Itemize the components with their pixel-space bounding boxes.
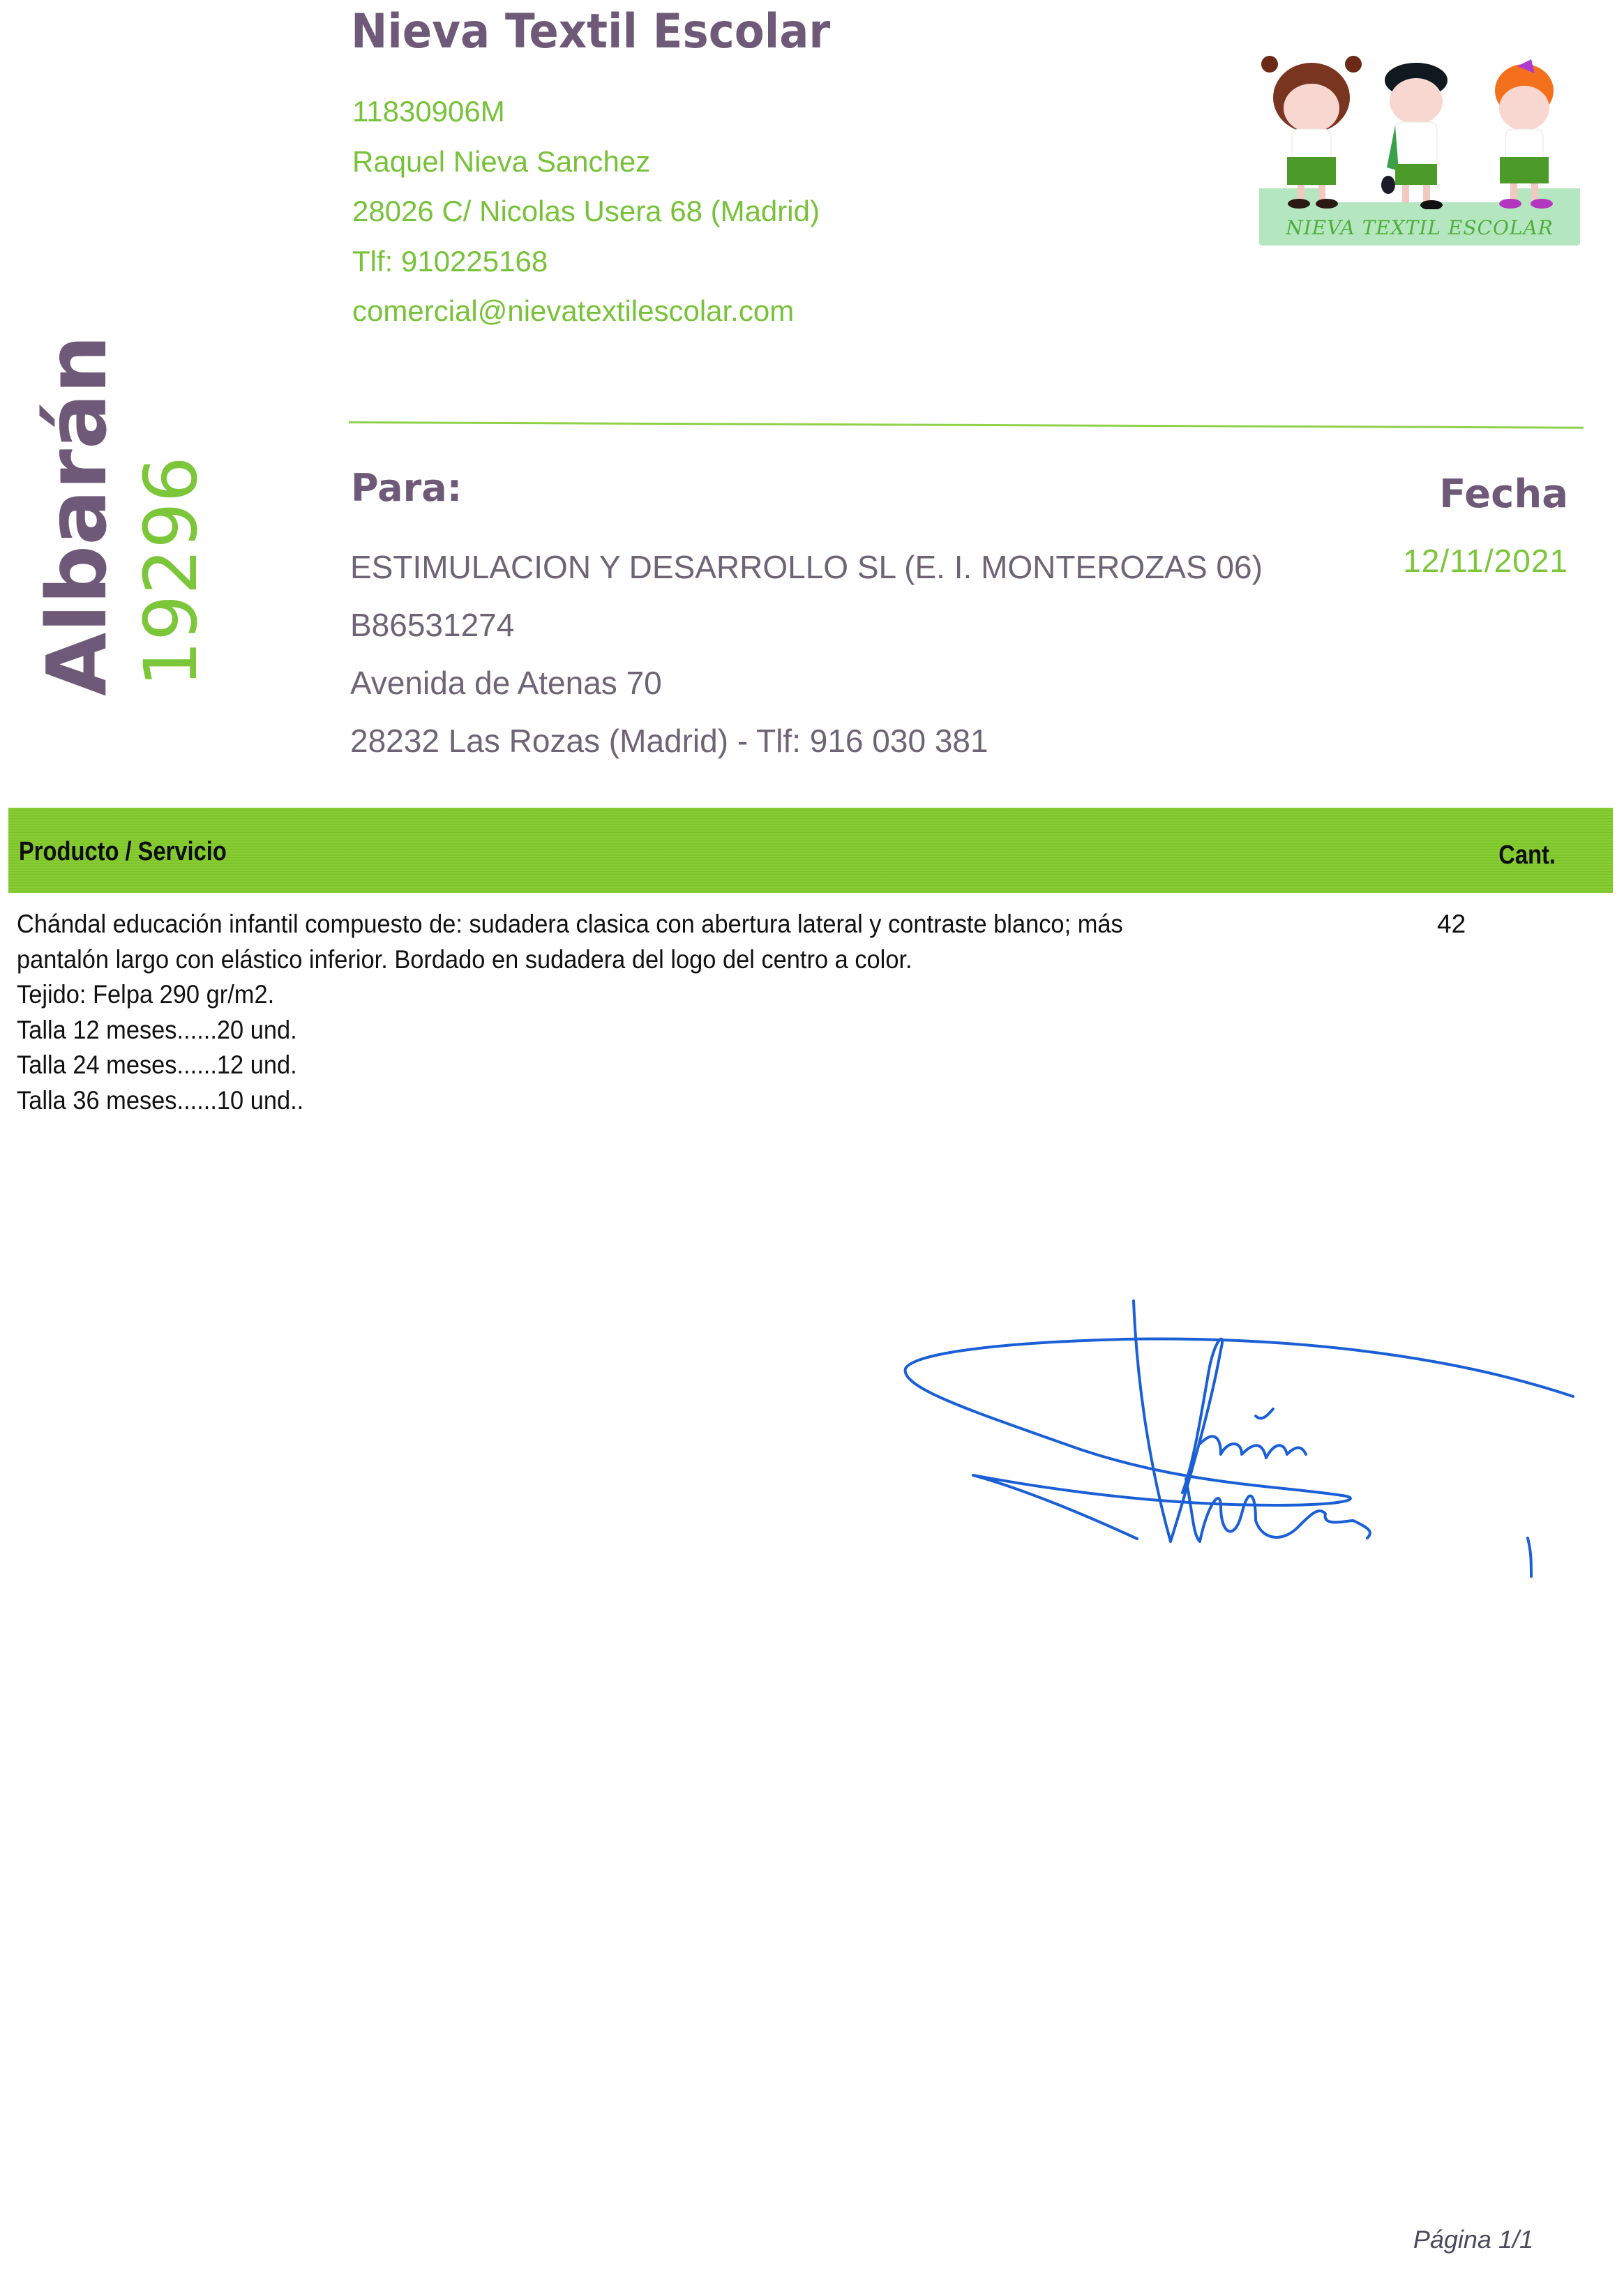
company-owner: Raquel Nieva Sanchez <box>352 137 820 187</box>
description-line: Tejido: Felpa 290 gr/m2. <box>17 977 1288 1013</box>
table-header: Producto / Servicio Cant. <box>8 808 1613 893</box>
table-row-description: Chándal educación infantil compuesto de:… <box>17 907 1384 1118</box>
description-line: Talla 24 meses......12 und. <box>17 1048 1288 1083</box>
column-header-quantity: Cant. <box>1498 841 1556 871</box>
recipient-address: Avenida de Atenas 70 <box>350 654 1263 712</box>
company-email: comercial@nievatextilescolar.com <box>352 286 820 336</box>
recipient-label: Para: <box>351 466 462 510</box>
company-tax-id: 11830906M <box>352 86 820 137</box>
date-label: Fecha <box>1439 472 1568 517</box>
description-line: Talla 12 meses......20 und. <box>17 1013 1288 1048</box>
company-phone: Tlf: 910225168 <box>352 236 820 287</box>
table-row-quantity: 42 <box>1437 907 1466 942</box>
page-number: Página 1/1 <box>1413 2225 1533 2254</box>
description-line: Talla 36 meses......10 und.. <box>17 1083 1288 1119</box>
description-line: Chándal educación infantil compuesto de:… <box>17 907 1288 942</box>
description-line: pantalón largo con elástico inferior. Bo… <box>17 942 1288 978</box>
header-divider <box>349 421 1584 429</box>
recipient-name: ESTIMULACION Y DESARROLLO SL (E. I. MONT… <box>350 538 1263 596</box>
company-contact-block: 11830906M Raquel Nieva Sanchez 28026 C/ … <box>352 86 820 336</box>
company-logo: NIEVA TEXTIL ESCOLAR <box>1249 49 1584 258</box>
children-illustration-icon <box>1249 49 1584 209</box>
document-number: 19296 <box>140 457 202 687</box>
signature-icon <box>893 1283 1591 1590</box>
company-name: Nieva Textil Escolar <box>351 4 830 59</box>
recipient-block: ESTIMULACION Y DESARROLLO SL (E. I. MONT… <box>350 538 1263 770</box>
recipient-tax-id: B86531274 <box>350 596 1263 654</box>
recipient-city-phone: 28232 Las Rozas (Madrid) - Tlf: 916 030 … <box>350 712 1263 770</box>
date-value: 12/11/2021 <box>1403 542 1568 580</box>
document-type: Albarán <box>44 384 110 696</box>
logo-text: NIEVA TEXTIL ESCOLAR <box>1249 216 1591 239</box>
company-address: 28026 C/ Nicolas Usera 68 (Madrid) <box>352 186 820 236</box>
column-header-product: Producto / Servicio <box>19 837 227 867</box>
